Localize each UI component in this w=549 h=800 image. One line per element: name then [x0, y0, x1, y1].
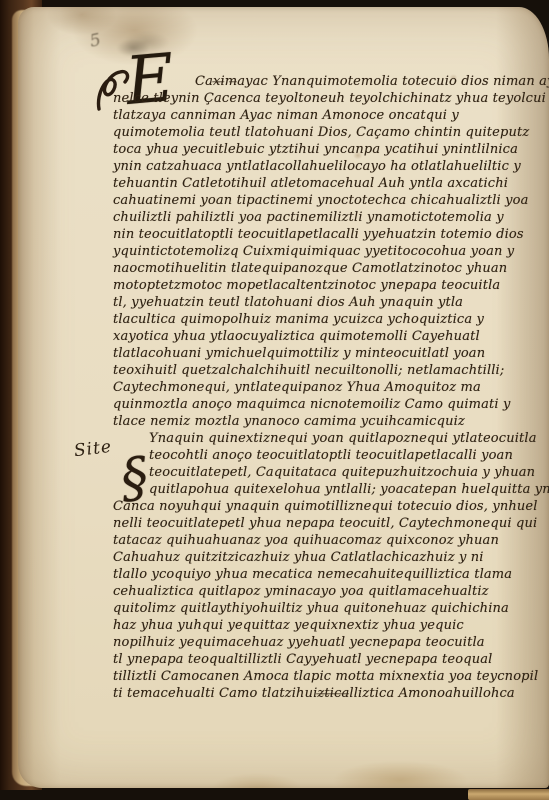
text-line: chuiliztli pahiliztli yoa pactinemiliztl…: [113, 209, 549, 226]
text-line: haz yhua yuhqui yequittaz yequixnextiz y…: [113, 617, 549, 634]
text-line: teocohtli anoço teocuitlatoptli teocuitl…: [113, 447, 549, 464]
text-line: tehuantin Catletotihuil atletomacehual A…: [113, 175, 549, 192]
text-line: quimotemolia teutl tlatohuani Dios, Caça…: [113, 124, 549, 141]
text-line: nopilhuiz yequimacehuaz yyehuatl yecnepa…: [113, 634, 549, 651]
text-line: tilliztli Camocanen Amoca tlapic motta m…: [113, 668, 549, 685]
text-line: cahuatinemi yoan tipactinemi ynoctotechc…: [113, 192, 549, 209]
text-line: Cax̶i̶m̶ayac Ynanquimotemolia totecuio d…: [113, 73, 549, 90]
text-line: cehualiztica quitlapoz yminacayo yoa qui…: [113, 583, 549, 600]
text-line: tatacaz quihuahuanaz yoa quihuacomaz qui…: [113, 532, 549, 549]
text-line: tlace nemiz moztla ynanoco camima ycuihc…: [113, 413, 549, 430]
manuscript-page: 5 E Site § Cax̶i̶m̶ayac Ynanquimotemolia…: [18, 7, 549, 788]
text-line: motoptetzmotoc mopetlacaltentzinotoc yne…: [113, 277, 549, 294]
text-line: quinmoztla anoço maquimca nicnotemoiliz …: [113, 396, 549, 413]
text-line: tl, yyehuatzin teutl tlatohuani dios Auh…: [113, 294, 549, 311]
text-line: tlatlacohuani ymichuelquimottiliz y mint…: [113, 345, 549, 362]
text-line: ti temacehualti Camo tlatzihuiz̶t̶i̶c̶a̶…: [113, 685, 549, 702]
text-line: naocmotihuelitin tlatequipanozque Camotl…: [113, 260, 549, 277]
text-line: tlallo ycoquiyo yhua mecatica nemecahuit…: [113, 566, 549, 583]
text-line: yquintictotemolizq Cuixmiquimiquac yyeti…: [113, 243, 549, 260]
text-line: tlatzaya canniman Ayac niman Amonoce onc…: [113, 107, 549, 124]
text-line: tl ynepapa teoqualtilliztli Cayyehuatl y…: [113, 651, 549, 668]
text-line: Canca noyuhqui ynaquin quimotilliznequi …: [113, 498, 549, 515]
text-line: xayotica yhua ytlaocuyaliztica quimotemo…: [113, 328, 549, 345]
text-line: nin teocuitlatoptli teocuitlapetlacalli …: [113, 226, 549, 243]
text-line: ynin catzahuaca yntlatlacollahuelilocayo…: [113, 158, 549, 175]
text-line: teocuitlatepetl, Caquitataca quitepuzhui…: [113, 464, 549, 481]
text-line: Ynaquin quinextiznequi yoan quitlapozneq…: [113, 430, 549, 447]
manuscript-text: Cax̶i̶m̶ayac Ynanquimotemolia totecuio d…: [113, 73, 549, 702]
text-line: nelli teocuitlatepetl yhua nepapa teocui…: [113, 515, 549, 532]
book-photo: 5 E Site § Cax̶i̶m̶ayac Ynanquimotemolia…: [0, 0, 549, 800]
text-line: tlacultica quimopolhuiz manima ycuizca y…: [113, 311, 549, 328]
margin-note: Site: [73, 437, 113, 461]
text-line: Cahuahuz quitzitzicazhuiz yhua Catlatlac…: [113, 549, 549, 566]
text-line: quitlapohua quitexelohua yntlalli; yoaca…: [113, 481, 549, 498]
text-line: quitolimz quitlaythiyohuiltiz yhua quito…: [113, 600, 549, 617]
under-page-edge: [468, 789, 549, 800]
text-line: nelce tleynin Çacenca teyoltoneuh teyolc…: [113, 90, 549, 107]
text-line: toca yhua yecuitlebuic ytztihui yncanpa …: [113, 141, 549, 158]
text-line: Caytechmonequi, yntlatequipanoz Yhua Amo…: [113, 379, 549, 396]
text-line: teoxihuitl quetzalchalchihuitl necuilton…: [113, 362, 549, 379]
